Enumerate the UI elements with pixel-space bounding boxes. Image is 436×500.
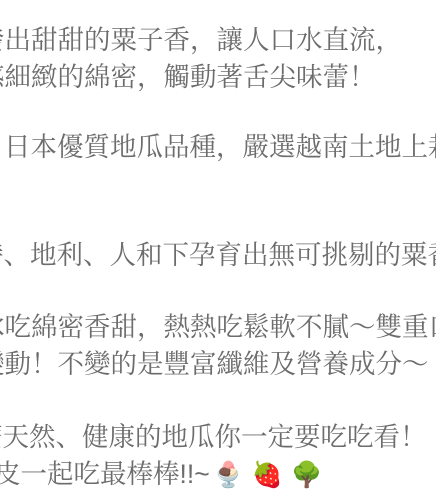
paragraph-texture: 冰吃綿密香甜，熱熱吃鬆軟不膩～雙重口 變動！不變的是豐富纖維及營養成分～ (0, 309, 436, 383)
text-line-content: 日本優質地瓜品種，嚴選越南土地上栽 (4, 132, 436, 162)
text-line: 時、地利、人和下孕育出無可挑剔的粟香 (0, 237, 436, 274)
text-line: 冰吃綿密香甜，熱熱吃鬆軟不膩～雙重口 (0, 309, 436, 346)
paragraph-terroir: 時、地利、人和下孕育出無可挑剔的粟香 (0, 237, 436, 274)
ice-cream-sundae-icon: 🍨 (213, 461, 249, 489)
text-line-content: 發出甜甜的粟子香，讓人口水直流， (0, 25, 402, 55)
text-line: 日本優質地瓜品種，嚴選越南土地上栽 (4, 129, 436, 166)
tree-icon: 🌳 (291, 461, 327, 489)
paragraph-variety: 日本優質地瓜品種，嚴選越南土地上栽 (0, 129, 436, 166)
text-line-content: 變動！不變的是豐富纖維及營養成分～ (0, 349, 429, 379)
text-line: 麼天然、健康的地瓜你一定要吃吃看！ (0, 419, 427, 456)
text-line: 變動！不變的是豐富纖維及營養成分～ (0, 346, 436, 383)
text-line-content: 皮一起吃最棒棒!!~ (0, 459, 210, 489)
text-line-content: 冰吃綿密香甜，熱熱吃鬆軟不膩～雙重口 (0, 312, 436, 342)
paragraph-callout: 麼天然、健康的地瓜你一定要吃吃看！ 皮一起吃最棒棒!!~🍨🍓🌳 (0, 419, 427, 493)
document-page: 發出甜甜的粟子香，讓人口水直流， 感細緻的綿密，觸動著舌尖味蕾！ 日本優質地瓜品… (0, 0, 436, 500)
text-line-content: 時、地利、人和下孕育出無可挑剔的粟香 (0, 240, 436, 270)
paragraph-aroma: 發出甜甜的粟子香，讓人口水直流， 感細緻的綿密，觸動著舌尖味蕾！ (0, 22, 402, 96)
text-line: 皮一起吃最棒棒!!~🍨🍓🌳 (0, 456, 427, 493)
text-line-content: 麼天然、健康的地瓜你一定要吃吃看！ (0, 422, 427, 452)
text-line: 感細緻的綿密，觸動著舌尖味蕾！ (0, 59, 402, 96)
text-line-content: 感細緻的綿密，觸動著舌尖味蕾！ (0, 62, 376, 92)
strawberry-icon: 🍓 (252, 461, 288, 489)
text-line: 發出甜甜的粟子香，讓人口水直流， (0, 22, 402, 59)
